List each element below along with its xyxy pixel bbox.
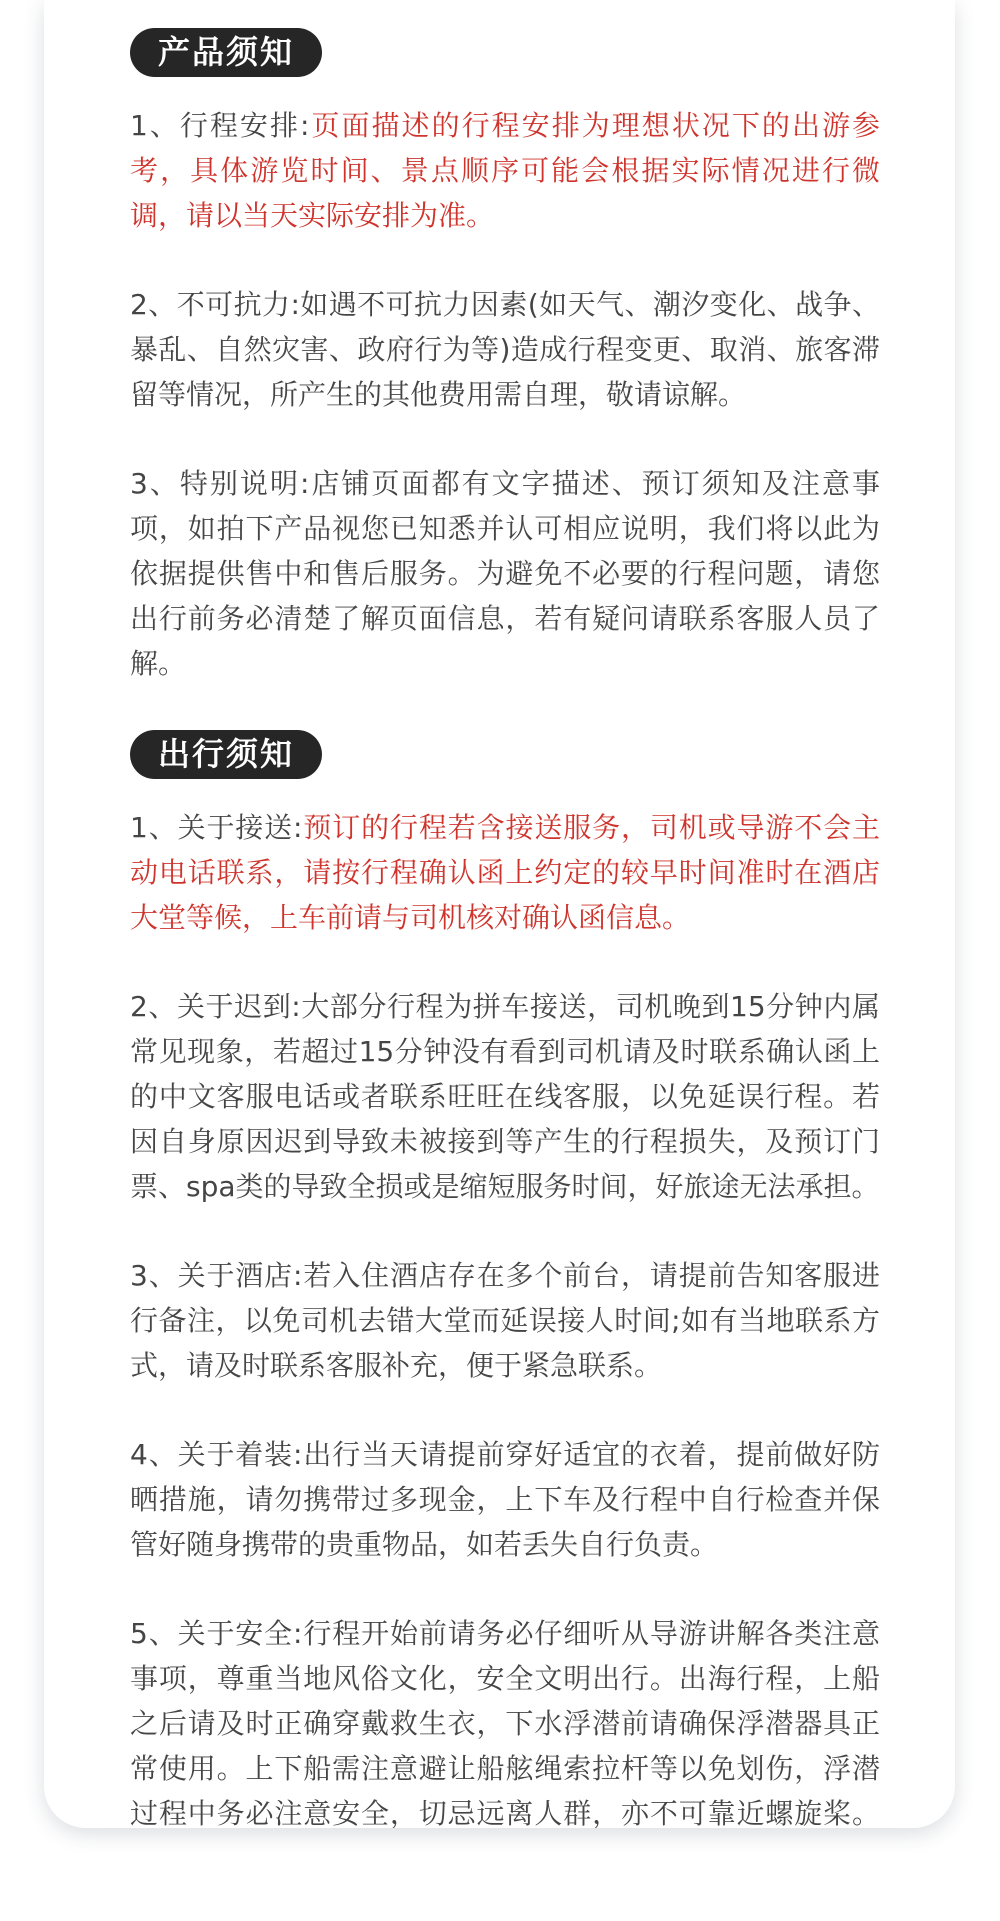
paragraph-text: 3、关于酒店:若入住酒店存在多个前台，请提前告知客服进行备注，以免司机去错大堂而… (130, 1259, 880, 1382)
notice-paragraph-safety: 5、关于安全:行程开始前请务必仔细听从导游讲解各类注意事项，尊重当地风俗文化，安… (130, 1611, 880, 1828)
notice-paragraph-clothing: 4、关于着装:出行当天请提前穿好适宜的衣着，提前做好防晒措施，请勿携带过多现金，… (130, 1432, 880, 1567)
badge-row: 产品须知 (130, 28, 880, 77)
notice-paragraph-special-note: 3、特别说明:店铺页面都有文字描述、预订须知及注意事项，如拍下产品视您已知悉并认… (130, 461, 880, 686)
paragraph-text: 3、特别说明:店铺页面都有文字描述、预订须知及注意事项，如拍下产品视您已知悉并认… (130, 467, 880, 680)
notice-paragraph-force-majeure: 2、不可抗力:如遇不可抗力因素(如天气、潮汐变化、战争、暴乱、自然灾害、政府行为… (130, 282, 880, 417)
paragraph-text: 4、关于着装:出行当天请提前穿好适宜的衣着，提前做好防晒措施，请勿携带过多现金，… (130, 1438, 880, 1561)
paragraph-text: 5、关于安全:行程开始前请务必仔细听从导游讲解各类注意事项，尊重当地风俗文化，安… (130, 1617, 880, 1828)
notice-paragraph-lateness: 2、关于迟到:大部分行程为拼车接送，司机晚到15分钟内属常见现象，若超过15分钟… (130, 984, 880, 1209)
section-badge-travel-notice: 出行须知 (130, 730, 322, 779)
notice-paragraph-itinerary: 1、行程安排:页面描述的行程安排为理想状况下的出游参考，具体游览时间、景点顺序可… (130, 103, 880, 238)
notice-paragraph-hotel: 3、关于酒店:若入住酒店存在多个前台，请提前告知客服进行备注，以免司机去错大堂而… (130, 1253, 880, 1388)
notice-card: 产品须知 1、行程安排:页面描述的行程安排为理想状况下的出游参考，具体游览时间、… (44, 0, 955, 1828)
section-product-notice: 产品须知 1、行程安排:页面描述的行程安排为理想状况下的出游参考，具体游览时间、… (130, 28, 880, 686)
section-travel-notice: 出行须知 1、关于接送:预订的行程若含接送服务，司机或导游不会主动电话联系，请按… (130, 730, 880, 1828)
section-badge-product-notice: 产品须知 (130, 28, 322, 77)
paragraph-label: 1、行程安排: (130, 109, 309, 142)
paragraph-label: 1、关于接送: (130, 811, 303, 844)
badge-row: 出行须知 (130, 730, 880, 779)
paragraph-text: 2、关于迟到:大部分行程为拼车接送，司机晚到15分钟内属常见现象，若超过15分钟… (130, 990, 880, 1203)
product-notice-page: 产品须知 1、行程安排:页面描述的行程安排为理想状况下的出游参考，具体游览时间、… (0, 0, 1000, 1921)
paragraph-text: 2、不可抗力:如遇不可抗力因素(如天气、潮汐变化、战争、暴乱、自然灾害、政府行为… (130, 288, 880, 411)
notice-paragraph-pickup: 1、关于接送:预订的行程若含接送服务，司机或导游不会主动电话联系，请按行程确认函… (130, 805, 880, 940)
